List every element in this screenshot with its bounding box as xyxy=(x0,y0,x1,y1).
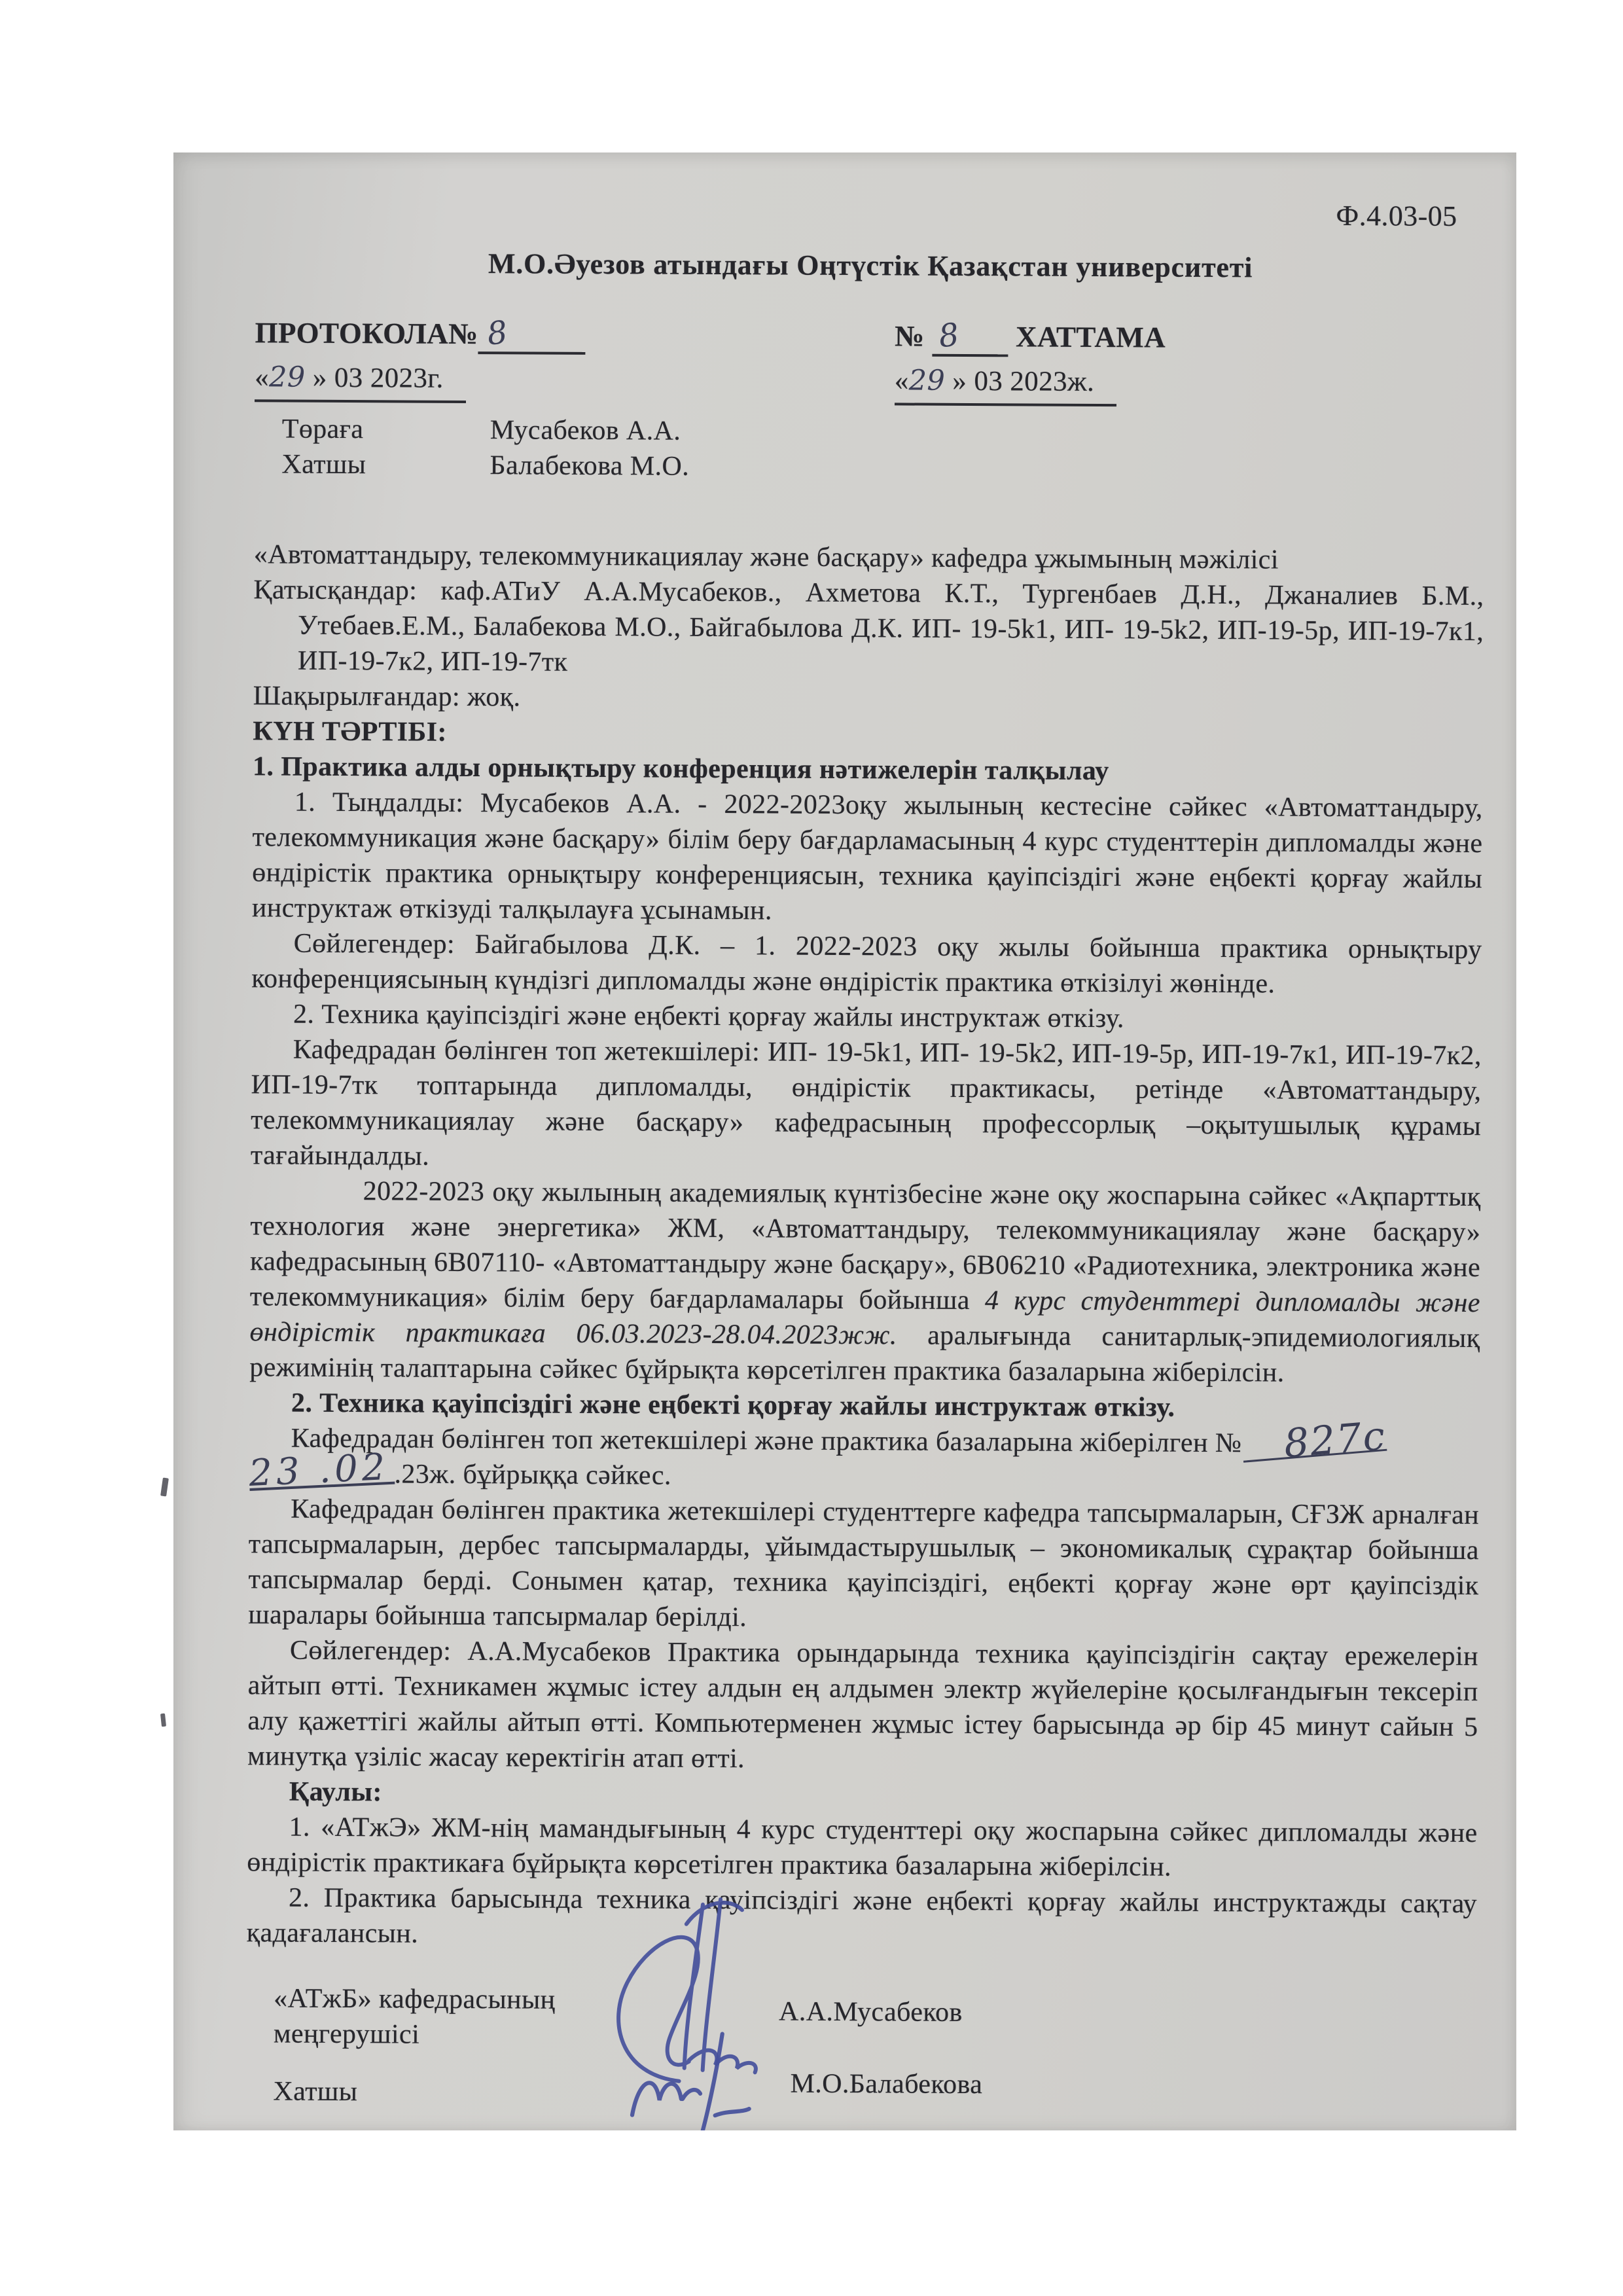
number-sign: № xyxy=(895,319,925,352)
khattama-word: ХАТТАМА xyxy=(1016,320,1166,353)
paragraph-speakers-2: Сөйлегендер: А.А.Мусабеков Практика орын… xyxy=(247,1632,1478,1780)
body-block: «Автоматтандыру, телекоммуникациялау жән… xyxy=(247,537,1484,1957)
date-left-underlined: «29 » 03 2023г. xyxy=(255,359,466,403)
date-left: «29 » 03 2023г. xyxy=(255,359,895,405)
paragraph-agenda-item-2: 2. Техника қауіпсіздігі және еңбекті қор… xyxy=(251,996,1482,1038)
paragraph-meeting: «Автоматтандыру, телекоммуникациялау жән… xyxy=(254,537,1484,579)
scan-artifact-mark xyxy=(160,1713,166,1727)
protocol-number-slot: 8 xyxy=(478,315,586,355)
paragraph-academic-calendar: 2022-2023 оқу жылының академиялық күнтіз… xyxy=(249,1173,1481,1391)
khattama-label-right: № 8 ХАТТАМА xyxy=(895,317,1166,357)
date-right-underlined: «29 » 03 2023ж. xyxy=(895,363,1117,406)
secretary-name-bottom: М.О.Балабекова xyxy=(790,2066,982,2103)
protocol-header-row: ПРОТОКОЛА№8 № 8 ХАТТАМА xyxy=(255,314,1485,359)
agenda-heading: КҮН ТӘРТІБІ: xyxy=(253,713,1483,755)
protocol-number-handwritten: 8 xyxy=(486,315,510,352)
document-content: Ф.4.03-05 М.О.Әуезов атындағы Оңтүстік Қ… xyxy=(173,152,1516,2130)
order-text: Кафедрадан бөлінген топ жетекшілері және… xyxy=(291,1424,1242,1459)
document-page: Ф.4.03-05 М.О.Әуезов атындағы Оңтүстік Қ… xyxy=(173,152,1516,2130)
university-title: М.О.Әуезов атындағы Оңтүстік Қазақстан у… xyxy=(255,245,1486,287)
date-right-rest: » 03 2023ж. xyxy=(945,366,1094,397)
paragraph-group-leaders: Кафедрадан бөлінген топ жетекшілері: ИП-… xyxy=(251,1031,1482,1179)
paragraph-order-number: Кафедрадан бөлінген топ жетекшілері және… xyxy=(249,1420,1480,1462)
secretary-name: Балабекова М.О. xyxy=(490,448,689,484)
paragraph-decision-2: 2. Практика барысында техника қауіпсізді… xyxy=(247,1880,1478,1957)
day-handwritten-left: 29 xyxy=(269,361,306,393)
paragraph-invited: Шақырылғандар: жоқ. xyxy=(253,678,1483,720)
signature-row-head: «АТжБ» кафедрасының меңгерушісі А.А.Муса… xyxy=(274,1981,1477,2058)
order-date-rest: .23ж. бұйрыққа сәйкес. xyxy=(394,1459,671,1490)
quote-open: « xyxy=(895,365,909,396)
chair-label: Төраға xyxy=(282,412,490,448)
protocol-label-left: ПРОТОКОЛА№8 xyxy=(255,314,895,356)
heading-decision: Қаулы: xyxy=(247,1774,1478,1816)
head-name: А.А.Мусабеков xyxy=(779,1994,963,2030)
paragraph-decision-1: 1. «АТжЭ» ЖМ-нің мамандығының 4 курс сту… xyxy=(247,1809,1478,1886)
signature-row-secretary: Хатшы М.О.Балабекова xyxy=(273,2073,1476,2119)
secretary-signature-ink xyxy=(620,2013,797,2130)
order-number-handwritten: 827с xyxy=(1241,1423,1387,1463)
secretary-label: Хатшы xyxy=(281,447,490,484)
quote-open: « xyxy=(255,362,269,393)
khattama-number-slot: 8 xyxy=(932,318,1008,357)
paragraph-tyndaldy: 1. Тыңдалды: Мусабеков А.А. - 2022-2023о… xyxy=(252,784,1483,932)
officers-block: Төраға Мусабеков А.А. Хатшы Балабекова М… xyxy=(281,412,1485,489)
chair-row: Төраға Мусабеков А.А. xyxy=(282,412,1485,454)
paragraph-speakers-1: Сөйлегендер: Байгабылова Д.К. – 1. 2022-… xyxy=(251,925,1482,1003)
secretary-row: Хатшы Балабекова М.О. xyxy=(281,447,1484,489)
scan-background: { "header": { "form_code": "Ф.4.03-05", … xyxy=(0,0,1623,2296)
khattama-number-handwritten: 8 xyxy=(936,317,961,354)
form-code: Ф.4.03-05 xyxy=(255,192,1457,234)
paragraph-tasks: Кафедрадан бөлінген практика жетекшілері… xyxy=(248,1491,1479,1639)
date-right: «29 » 03 2023ж. xyxy=(895,363,1117,406)
agenda-item-1: 1. Практика алды орнықтыру конференция н… xyxy=(253,749,1483,791)
order-date-handwritten: 23 .02 xyxy=(248,1454,395,1491)
scan-artifact-mark xyxy=(160,1478,169,1497)
date-left-rest: » 03 2023г. xyxy=(306,363,444,394)
chair-name: Мусабеков А.А. xyxy=(490,412,681,449)
paragraph-attendees: Қатысқандар: каф.АТиУ А.А.Мусабеков., Ах… xyxy=(253,572,1484,685)
protocol-word: ПРОТОКОЛА№ xyxy=(255,316,478,350)
day-handwritten-right: 29 xyxy=(909,365,946,397)
date-row: «29 » 03 2023г. «29 » 03 2023ж. xyxy=(255,359,1485,408)
